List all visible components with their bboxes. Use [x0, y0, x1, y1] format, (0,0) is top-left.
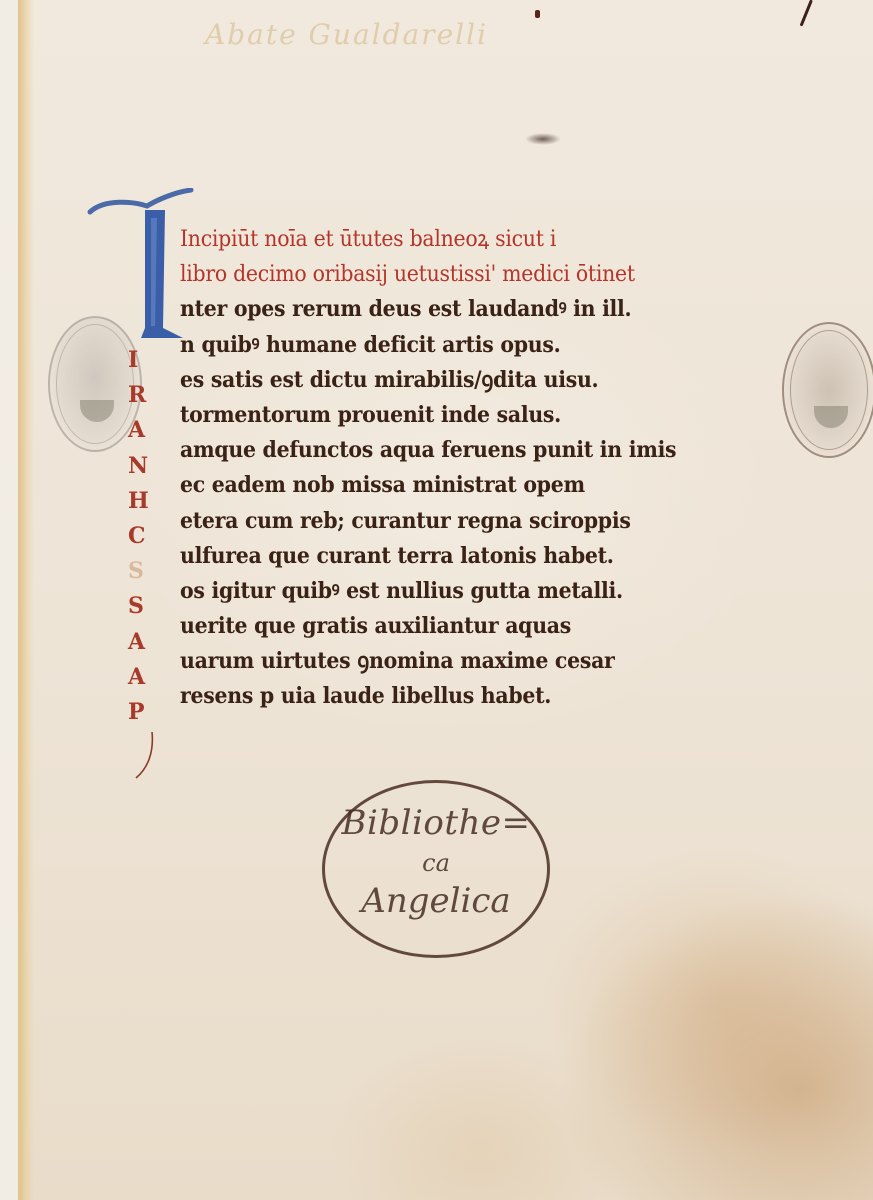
- verse-line: es satis est dictu mirabilis/ꝯdita uisu.: [180, 363, 757, 398]
- seal-shield-icon: [80, 400, 114, 422]
- scan-margin: [0, 0, 20, 1200]
- verse-line: amque defunctos aqua feruens punit in im…: [180, 433, 757, 468]
- line-initial: S: [128, 554, 168, 589]
- manuscript-text: Incipiūt noīa et ūtutes balneoꝝ sicut i …: [180, 222, 800, 715]
- verse-line: os igitur quibꝰ est nullius gutta metall…: [180, 574, 757, 609]
- verse-line: uerite que gratis auxiliantur aquas: [180, 609, 757, 644]
- verse-line: etera cum reb; curantur regna sciroppis: [180, 504, 757, 539]
- verse-line: nter opes rerum deus est laudandꝰ in ill…: [180, 292, 757, 327]
- stamp-text-line: Angelica: [325, 881, 547, 921]
- line-initial: P: [128, 695, 168, 730]
- library-stamp: Bibliothe= ca Angelica: [322, 780, 550, 958]
- initial-flourish-icon: [134, 732, 164, 782]
- verse-line: n quibꝰ humane deficit artis opus.: [180, 328, 757, 363]
- line-initial: I: [128, 343, 168, 378]
- ink-stroke: [800, 0, 813, 27]
- verse-line: resens p uia laude libellus habet.: [180, 679, 757, 714]
- line-initial: C: [128, 519, 168, 554]
- rubric-line: libro decimo oribasij uetustissi' medici…: [180, 257, 757, 292]
- yellowed-page-edge: [18, 0, 34, 1200]
- line-initial: A: [128, 660, 168, 695]
- line-initial: A: [128, 625, 168, 660]
- line-initial: H: [128, 484, 168, 519]
- line-initials: I R A N H C S S A A P: [128, 343, 168, 730]
- verse-line: tormentorum prouenit inde salus.: [180, 398, 757, 433]
- stamp-text-line: ca: [325, 849, 547, 877]
- verse-line: ec eadem nob missa ministrat opem: [180, 468, 757, 503]
- line-initial: A: [128, 413, 168, 448]
- verse-line: uarum uirtutes ꝯnomina maxime cesar: [180, 644, 757, 679]
- faded-signature: Abate Gualdarelli: [205, 18, 488, 51]
- stamp-text-line: Bibliothe=: [325, 803, 547, 843]
- line-initial: S: [128, 589, 168, 624]
- ink-smudge: [525, 133, 561, 145]
- ink-spot: [535, 10, 540, 18]
- line-initial: R: [128, 378, 168, 413]
- rubric-line: Incipiūt noīa et ūtutes balneoꝝ sicut i: [180, 222, 757, 257]
- line-initial: N: [128, 449, 168, 484]
- seal-shield-icon: [814, 406, 848, 428]
- manuscript-page: Abate Gualdarelli Incipiūt noīa et ūtute…: [0, 0, 873, 1200]
- verse-line: ulfurea que curant terra latonis habet.: [180, 539, 757, 574]
